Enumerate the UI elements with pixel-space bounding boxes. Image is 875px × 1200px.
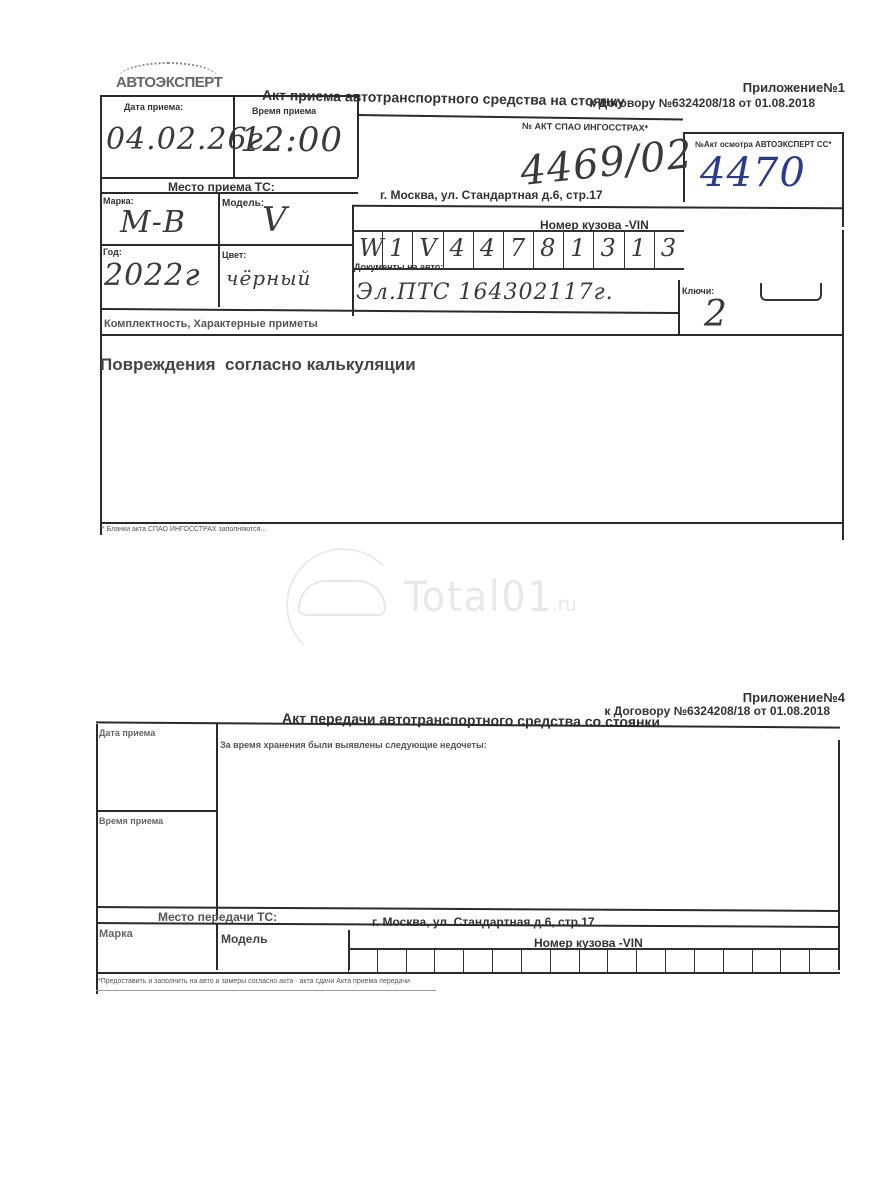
vin-char: 3	[600, 234, 615, 262]
vin-char: W	[359, 234, 384, 262]
act-inspection-value: 4470	[700, 150, 806, 196]
vin-cell	[607, 950, 637, 974]
form1-footnote: * Бланки акта СПАО ИНГОССТРАХ заполняютс…	[102, 526, 266, 533]
vin-grid-2	[348, 948, 838, 974]
vin-char: 4	[480, 234, 495, 262]
vin-cell	[579, 950, 609, 974]
vin-cell	[694, 950, 724, 974]
keys-value: 2	[704, 294, 728, 335]
vin-cell: 3	[593, 232, 624, 268]
vin-cell: 3	[654, 232, 685, 268]
time-value: 12:00	[240, 120, 343, 160]
vin-cell	[550, 950, 580, 974]
vin-char: 1	[631, 234, 646, 262]
vin-cell: 1	[624, 232, 655, 268]
form-title-2: Акт передачи автотранспортного средства …	[282, 710, 660, 730]
vin-cell	[809, 950, 839, 974]
brand-value: M-B	[120, 205, 186, 240]
time-label-2: Время приема	[99, 816, 163, 826]
stamp-logo: АВТОЭКСПЕРТ	[110, 62, 230, 96]
vin-char: 7	[510, 234, 525, 262]
vin-cell: 1	[563, 232, 594, 268]
vin-cell: 7	[503, 232, 534, 268]
vin-cell	[780, 950, 810, 974]
vin-cell: 4	[443, 232, 474, 268]
act-inspection-label: №Акт осмотра АВТОЭКСПЕРТ СС*	[695, 140, 832, 149]
vin-cell	[377, 950, 407, 974]
place-value: г. Москва, ул. Стандартная д.6, стр.17	[380, 188, 603, 202]
model-value: V	[262, 200, 288, 240]
appendix-label-2: Приложение№4	[743, 690, 845, 705]
vin-cell	[636, 950, 666, 974]
vin-cell	[521, 950, 551, 974]
vin-char: 3	[661, 234, 676, 262]
watermark-suffix: .ru	[552, 592, 577, 616]
date-label-2: Дата приема	[99, 728, 155, 738]
defects-label: За время хранения были выявлены следующи…	[220, 740, 487, 750]
date-label: Дата приема:	[124, 102, 183, 112]
vin-cell	[665, 950, 695, 974]
color-label: Цвет:	[222, 250, 246, 260]
form2-footnote: *Предоставить и заполнить на авто и заме…	[98, 978, 410, 985]
time-label: Время приема	[252, 106, 316, 116]
docs-value: Эл.ПТС 164302117г.	[356, 280, 614, 305]
color-value: чёрный	[226, 266, 311, 290]
vin-char: V	[419, 234, 436, 262]
model-label: Модель:	[222, 198, 264, 209]
year-label: Год:	[103, 247, 122, 257]
vin-char: 8	[540, 234, 555, 262]
vin-cell	[723, 950, 753, 974]
vin-cell	[463, 950, 493, 974]
vin-char: 1	[570, 234, 585, 262]
car-icon	[298, 580, 386, 616]
vin-cell: 8	[533, 232, 564, 268]
features-value: Повреждения согласно калькуляции	[100, 355, 416, 375]
vin-char: 1	[389, 234, 404, 262]
brand-label-2: Марка	[99, 928, 133, 940]
year-value: 2022г	[104, 258, 201, 293]
docs-label: Документы на авто:	[354, 262, 443, 272]
features-label: Комплектность, Характерные приметы	[104, 318, 318, 330]
vin-cell: 4	[473, 232, 504, 268]
vin-cell	[752, 950, 782, 974]
vin-char: 4	[450, 234, 465, 262]
place-value-2: г. Москва, ул. Стандартная д.6, стр.17	[372, 915, 595, 929]
vin-cell	[492, 950, 522, 974]
watermark-text: Total01	[404, 572, 554, 621]
vin-cell	[348, 950, 378, 974]
vin-cell	[434, 950, 464, 974]
model-label-2: Модель	[221, 932, 267, 946]
keys-bracket	[760, 283, 822, 301]
vin-cell	[406, 950, 436, 974]
